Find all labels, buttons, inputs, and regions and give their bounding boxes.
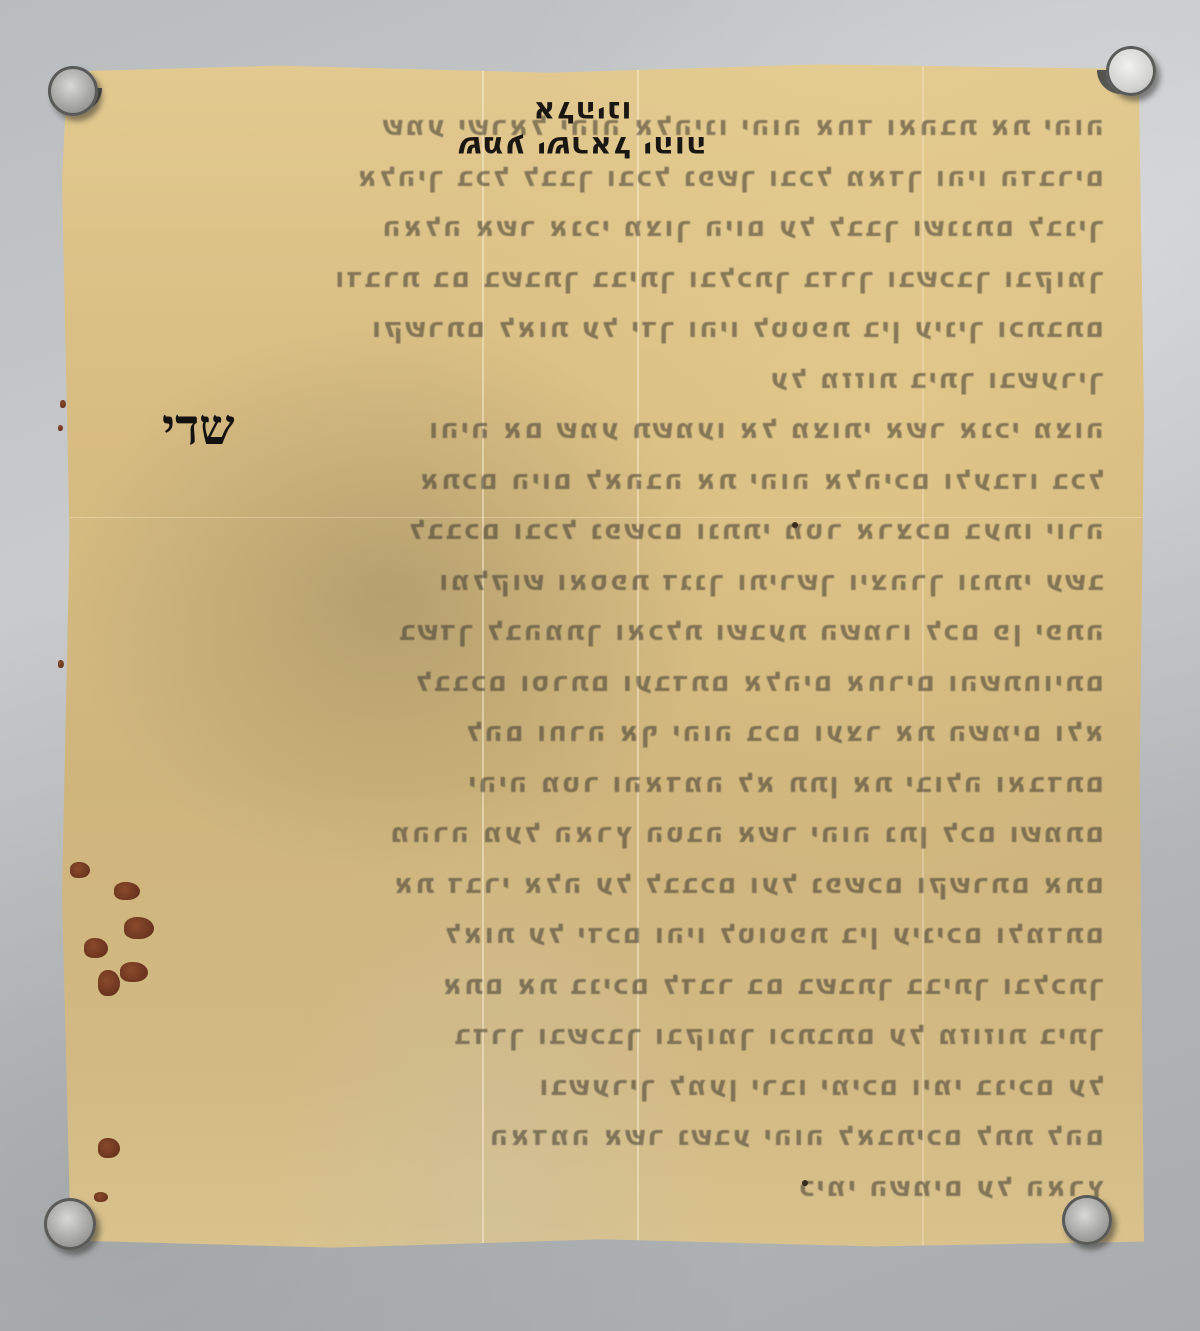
ghost-text-line: אתכם היום לאהבה את יהוה אלהיכם ולעבדו בכ… xyxy=(150,456,1104,507)
shaddai-inscription: שדי xyxy=(162,397,235,456)
ghost-text-line: האלה אשר אנכי מצוך היום על לבבך ושננתם ל… xyxy=(150,203,1104,254)
ghost-text-block: שמע ישראל יהוה אלהינו יהוה אחד ואהבת את … xyxy=(150,102,1104,1213)
rust-stain xyxy=(84,938,108,958)
rust-stain xyxy=(124,917,154,939)
rust-stain xyxy=(58,425,63,431)
ghost-text-line: וקשרתם לאות על ידך והיו לטטפת בין עיניך … xyxy=(150,304,1104,355)
ghost-text-line: האדמה אשר נשבע יהוה לאבתיכם לתת להם xyxy=(150,1112,1104,1163)
ghost-text-line: שמע ישראל יהוה אלהינו יהוה אחד ואהבת את … xyxy=(150,102,1104,153)
ghost-text-line: מהרה מעל הארץ הטבה אשר יהוה נתן לכם ושמת… xyxy=(150,809,1104,860)
rust-stain xyxy=(94,1192,108,1202)
rust-stain xyxy=(70,862,90,878)
ghost-text-line: על מזזות ביתך ובשעריך xyxy=(150,355,1104,406)
ghost-text-line: ודברת בם בשבתך בביתך ובלכתך בדרך ובשכבך … xyxy=(150,254,1104,305)
magnet-pin-icon xyxy=(1106,46,1156,96)
ghost-text-line: ומלקוש ואספת דגנך ותירשך ויצהרך ונתתי עש… xyxy=(150,557,1104,608)
ghost-text-line: לבבכם וסרתם ועבדתם אלהים אחרים והשתחויתם xyxy=(150,658,1104,709)
ghost-text-line: ובשעריך למען ירבו ימיכם וימי בניכם על xyxy=(150,1062,1104,1113)
rust-stain xyxy=(98,1138,120,1158)
parchment-sheet: שמע ישראל יהוה אלהינו שמע ישראל יהוה אלה… xyxy=(62,62,1144,1250)
ghost-text-line: אתם את בניכם לדבר בם בשבתך בביתך ובלכתך xyxy=(150,961,1104,1012)
ghost-text-line: יהיה מטר והאדמה לא תתן את יבולה ואבדתם xyxy=(150,759,1104,810)
ghost-text-line: לבבכם ובכל נפשכם ונתתי מטר ארצכם בעתו יו… xyxy=(150,506,1104,557)
ghost-text-line: כימי השמים על הארץ xyxy=(150,1163,1104,1214)
ghost-text-line: לאות על ידכם והיו לטוטפת בין עיניכם ולמד… xyxy=(150,910,1104,961)
ink-spot xyxy=(792,522,798,528)
magnet-pin-icon xyxy=(1062,1195,1112,1245)
magnet-pin-icon xyxy=(44,1198,96,1250)
ghost-text-line: אלהיך בכל לבבך ובכל נפשך ובכל מאדך והיו … xyxy=(150,153,1104,204)
rust-stain xyxy=(120,962,148,982)
ink-spot xyxy=(802,1180,808,1186)
ghost-text-line: את דברי אלה על לבבכם ועל נפשכם וקשרתם את… xyxy=(150,860,1104,911)
rust-stain xyxy=(114,882,140,900)
magnet-pin-icon xyxy=(48,66,98,116)
rust-stain xyxy=(98,970,120,996)
ghost-text-line: והיה אם שמע תשמעו אל מצותי אשר אנכי מצוה xyxy=(150,405,1104,456)
ghost-text-line: בדרך ובשכבך ובקומך וכתבתם על מזוזות ביתך xyxy=(150,1011,1104,1062)
ghost-text-line: בשדך לבהמתך ואכלת ושבעת השמרו לכם פן יפת… xyxy=(150,607,1104,658)
ghost-text-line: להם וחרה אף יהוה בכם ועצר את השמים ולא xyxy=(150,708,1104,759)
rust-stain xyxy=(58,660,64,668)
rust-stain xyxy=(60,400,66,408)
